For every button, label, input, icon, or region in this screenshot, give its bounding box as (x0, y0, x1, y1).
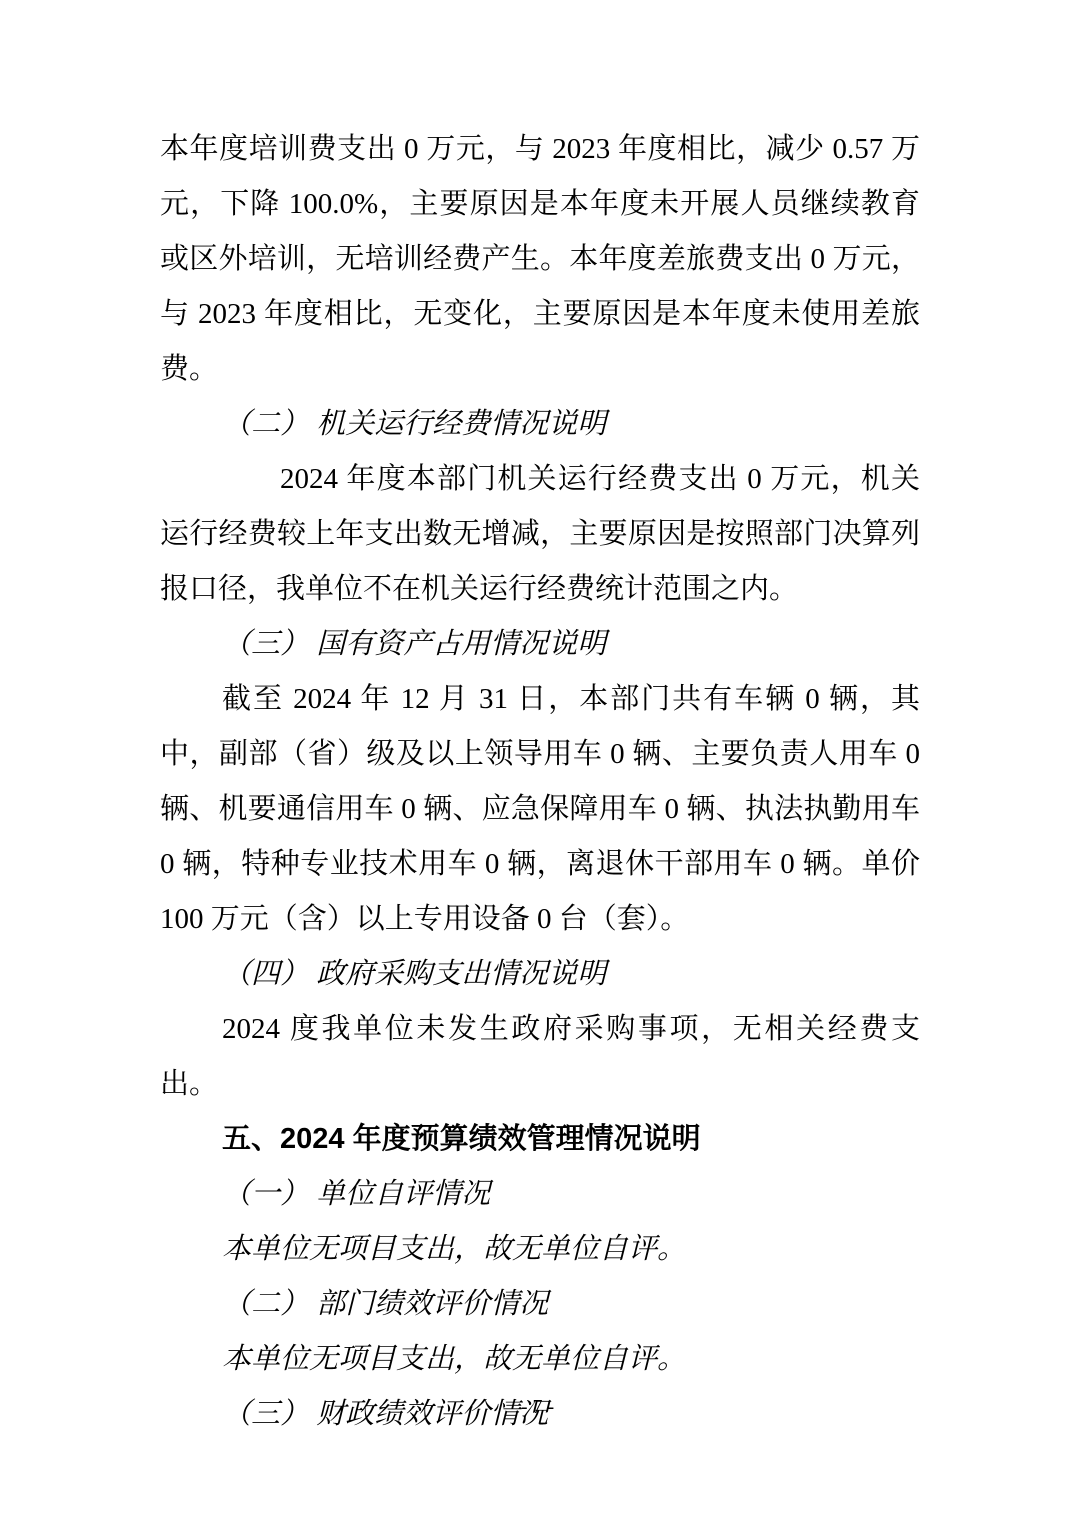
document-content: 本年度培训费支出 0 万元，与 2023 年度相比，减少 0.57 万元，下降 … (160, 122, 920, 1442)
paragraph-agency-operating-expenses: 2024 年度本部门机关运行经费支出 0 万元，机关运行经费较上年支出数无增减，… (160, 452, 920, 617)
page-number: - 7 - (521, 1396, 554, 1418)
paragraph-state-assets-occupancy: 截至 2024 年 12 月 31 日，本部门共有车辆 0 辆，其中，副部（省）… (160, 672, 920, 947)
paragraph-government-procurement: 2024 度我单位未发生政府采购事项，无相关经费支出。 (160, 1002, 920, 1112)
heading-budget-performance-management: 五、2024 年度预算绩效管理情况说明 (160, 1112, 920, 1167)
heading-agency-operating-expenses: （二） 机关运行经费情况说明 (160, 397, 920, 452)
heading-department-performance-evaluation: （二） 部门绩效评价情况 (160, 1277, 920, 1332)
heading-unit-self-evaluation: （一） 单位自评情况 (160, 1167, 920, 1222)
document-page: 本年度培训费支出 0 万元，与 2023 年度相比，减少 0.57 万元，下降 … (0, 0, 1075, 1520)
paragraph-training-travel-expense: 本年度培训费支出 0 万元，与 2023 年度相比，减少 0.57 万元，下降 … (160, 122, 920, 397)
page-footer: - 7 - (0, 1396, 1075, 1419)
heading-government-procurement: （四） 政府采购支出情况说明 (160, 947, 920, 1002)
paragraph-unit-self-evaluation: 本单位无项目支出，故无单位自评。 (160, 1222, 920, 1277)
heading-state-assets-occupancy: （三） 国有资产占用情况说明 (160, 617, 920, 672)
paragraph-department-performance-evaluation: 本单位无项目支出，故无单位自评。 (160, 1332, 920, 1387)
